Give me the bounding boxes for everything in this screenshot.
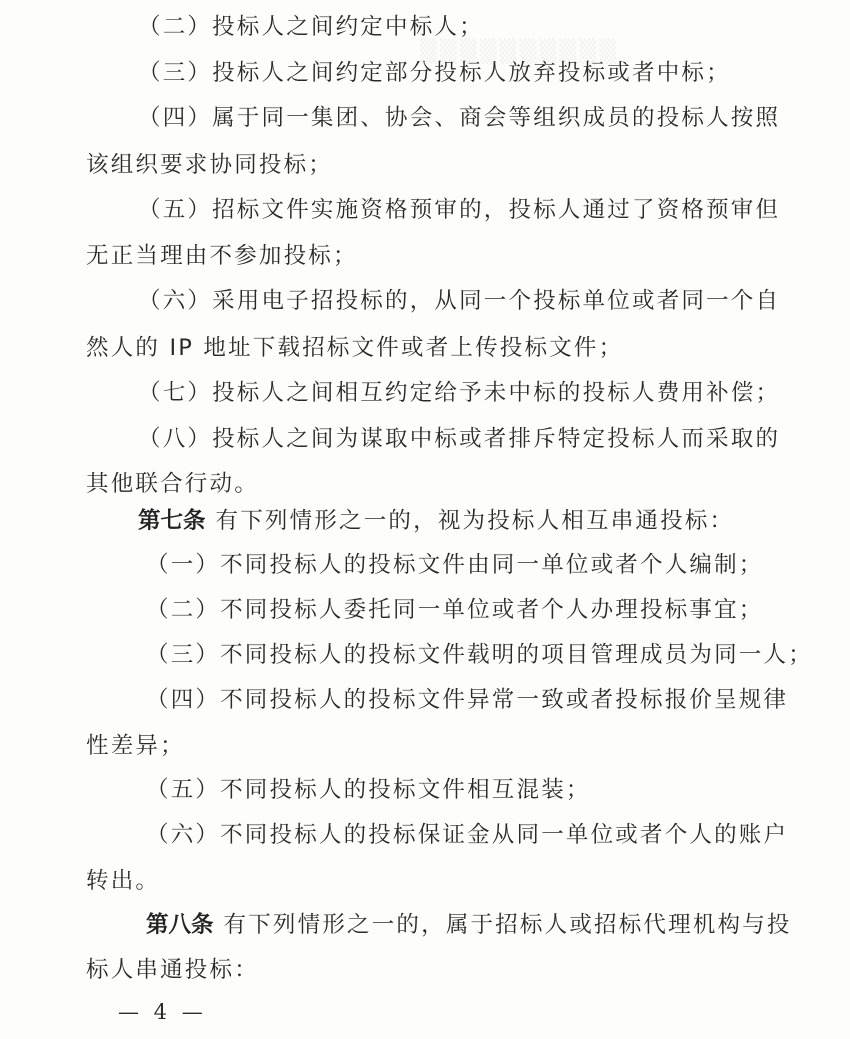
list-item: （五）不同投标人的投标文件相互混装； [146,775,591,805]
list-item-continuation: 转出。 [86,866,160,896]
page-number: — 4 — [118,997,207,1027]
list-item: （三）不同投标人的投标文件载明的项目管理成员为同一人； [146,640,813,670]
list-item: （一）不同投标人的投标文件由同一单位或者个人编制； [146,550,764,580]
list-item-continuation: 性差异； [86,731,185,761]
list-item-continuation: 其他联合行动。 [86,469,259,499]
article-7-heading-line: 第七条有下列情形之一的，视为投标人相互串通投标： [138,506,734,536]
list-item-continuation: 无正当理由不参加投标； [86,241,358,271]
list-item: （六）采用电子招投标的，从同一个投标单位或者同一个自 [138,286,780,316]
document-page: ▒▒▒▒▒▒▒▒▒▒ （二）投标人之间约定中标人； （三）投标人之间约定部分投标… [0,0,850,1039]
list-item: （三）投标人之间约定部分投标人放弃投标或者中标； [138,58,731,88]
article-7-intro: 有下列情形之一的，视为投标人相互串通投标： [216,508,735,534]
article-8-heading-line: 第八条有下列情形之一的，属于招标人或招标代理机构与投 [146,910,792,940]
list-item: （四）属于同一集团、协会、商会等组织成员的投标人按照 [138,103,780,133]
list-item: （八）投标人之间为谋取中标或者排斥特定投标人而采取的 [138,424,780,454]
article-7-heading: 第七条 [138,508,206,534]
list-item-continuation: 然人的 IP 地址下载招标文件或者上传投标文件； [86,333,623,363]
list-item: （四）不同投标人的投标文件异常一致或者投标报价呈规律 [146,685,788,715]
list-item: （六）不同投标人的投标保证金从同一单位或者个人的账户 [146,820,788,850]
list-item: （七）投标人之间相互约定给予未中标的投标人费用补偿； [138,378,780,408]
article-8-heading: 第八条 [146,912,214,938]
list-item: （五）招标文件实施资格预审的，投标人通过了资格预审但 [138,195,780,225]
list-item: （二）投标人之间约定中标人； [138,12,484,42]
list-item-continuation: 该组织要求协同投标； [86,150,333,180]
article-8-continuation: 标人串通投标： [86,955,259,985]
list-item: （二）不同投标人委托同一单位或者个人办理投标事宜； [146,595,764,625]
article-8-intro: 有下列情形之一的，属于招标人或招标代理机构与投 [224,912,792,938]
